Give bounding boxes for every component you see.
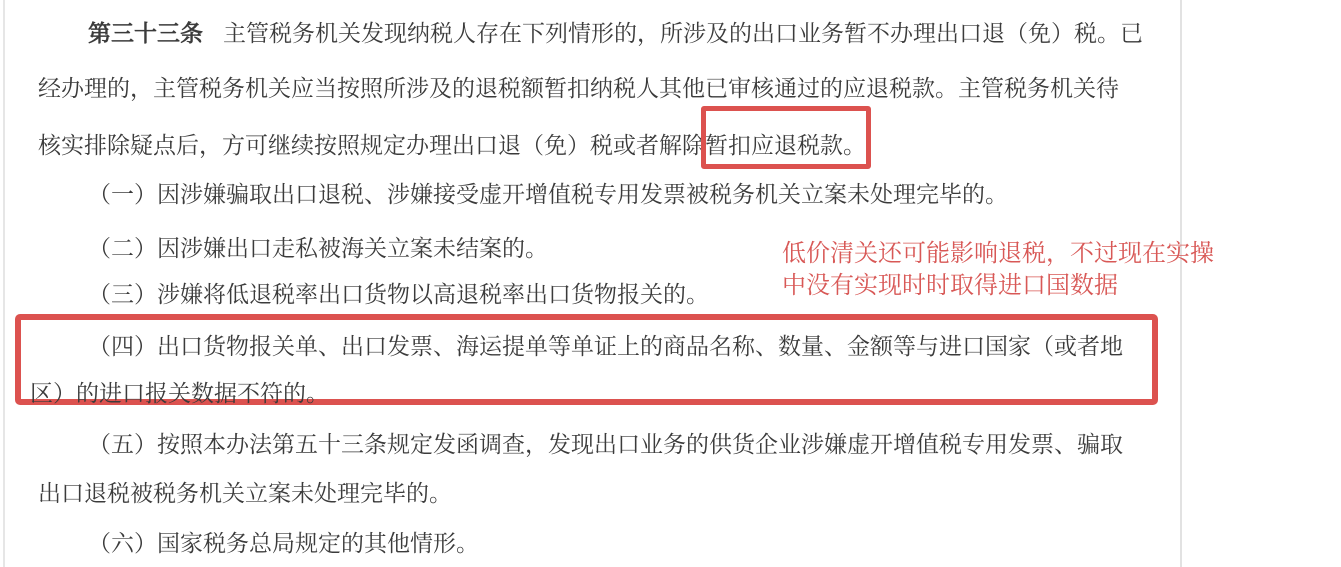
list-item-1: （一）因涉嫌骗取出口退税、涉嫌接受虚开增值税专用发票被税务机关立案未处理完毕的。	[88, 181, 1008, 207]
article-paragraph-line-3: 核实排除疑点后，方可继续按照规定办理出口退（免）税或者解除暂扣应退税款。	[38, 132, 866, 158]
page-left-border-line	[3, 0, 5, 567]
list-item-4-line-1: （四）出口货物报关单、出口发票、海运提单等单证上的商品名称、数量、金额等与进口国…	[88, 333, 1123, 359]
highlighted-phrase-wrapper: 暂扣应退税款。	[705, 132, 866, 158]
red-margin-note: 低价清关还可能影响退税，不过现在实操 中没有实现时时取得进口国数据	[782, 238, 1214, 302]
list-item-5-line-2: 出口退税被税务机关立案未处理完毕的。	[38, 480, 452, 506]
article-paragraph-line-3-text: 核实排除疑点后，方可继续按照规定办理出口退（免）税或者解除	[38, 132, 705, 158]
article-paragraph-line-1-text: 主管税务机关发现纳税人存在下列情形的，所涉及的出口业务暂不办理出口退（免）税。已	[223, 20, 1143, 46]
red-margin-note-line-2: 中没有实现时时取得进口国数据	[782, 270, 1214, 302]
red-margin-note-line-1: 低价清关还可能影响退税，不过现在实操	[782, 238, 1214, 270]
list-item-4-line-2: 区）的进口报关数据不符的。	[30, 380, 329, 406]
document-page: 第三十三条主管税务机关发现纳税人存在下列情形的，所涉及的出口业务暂不办理出口退（…	[0, 0, 1341, 567]
article-paragraph-line-1: 第三十三条主管税务机关发现纳税人存在下列情形的，所涉及的出口业务暂不办理出口退（…	[88, 20, 1143, 46]
list-item-3: （三）涉嫌将低退税率出口货物以高退税率出口货物报关的。	[88, 281, 709, 307]
list-item-5-line-1: （五）按照本办法第五十三条规定发函调查，发现出口业务的供货企业涉嫌虚开增值税专用…	[88, 431, 1123, 457]
list-item-2: （二）因涉嫌出口走私被海关立案未结案的。	[88, 235, 548, 261]
list-item-6: （六）国家税务总局规定的其他情形。	[88, 530, 479, 556]
article-number-label: 第三十三条	[88, 20, 203, 46]
article-paragraph-line-2: 经办理的，主管税务机关应当按照所涉及的退税额暂扣纳税人其他已审核通过的应退税款。…	[38, 75, 1119, 101]
highlighted-phrase-text: 暂扣应退税款。	[705, 132, 866, 158]
